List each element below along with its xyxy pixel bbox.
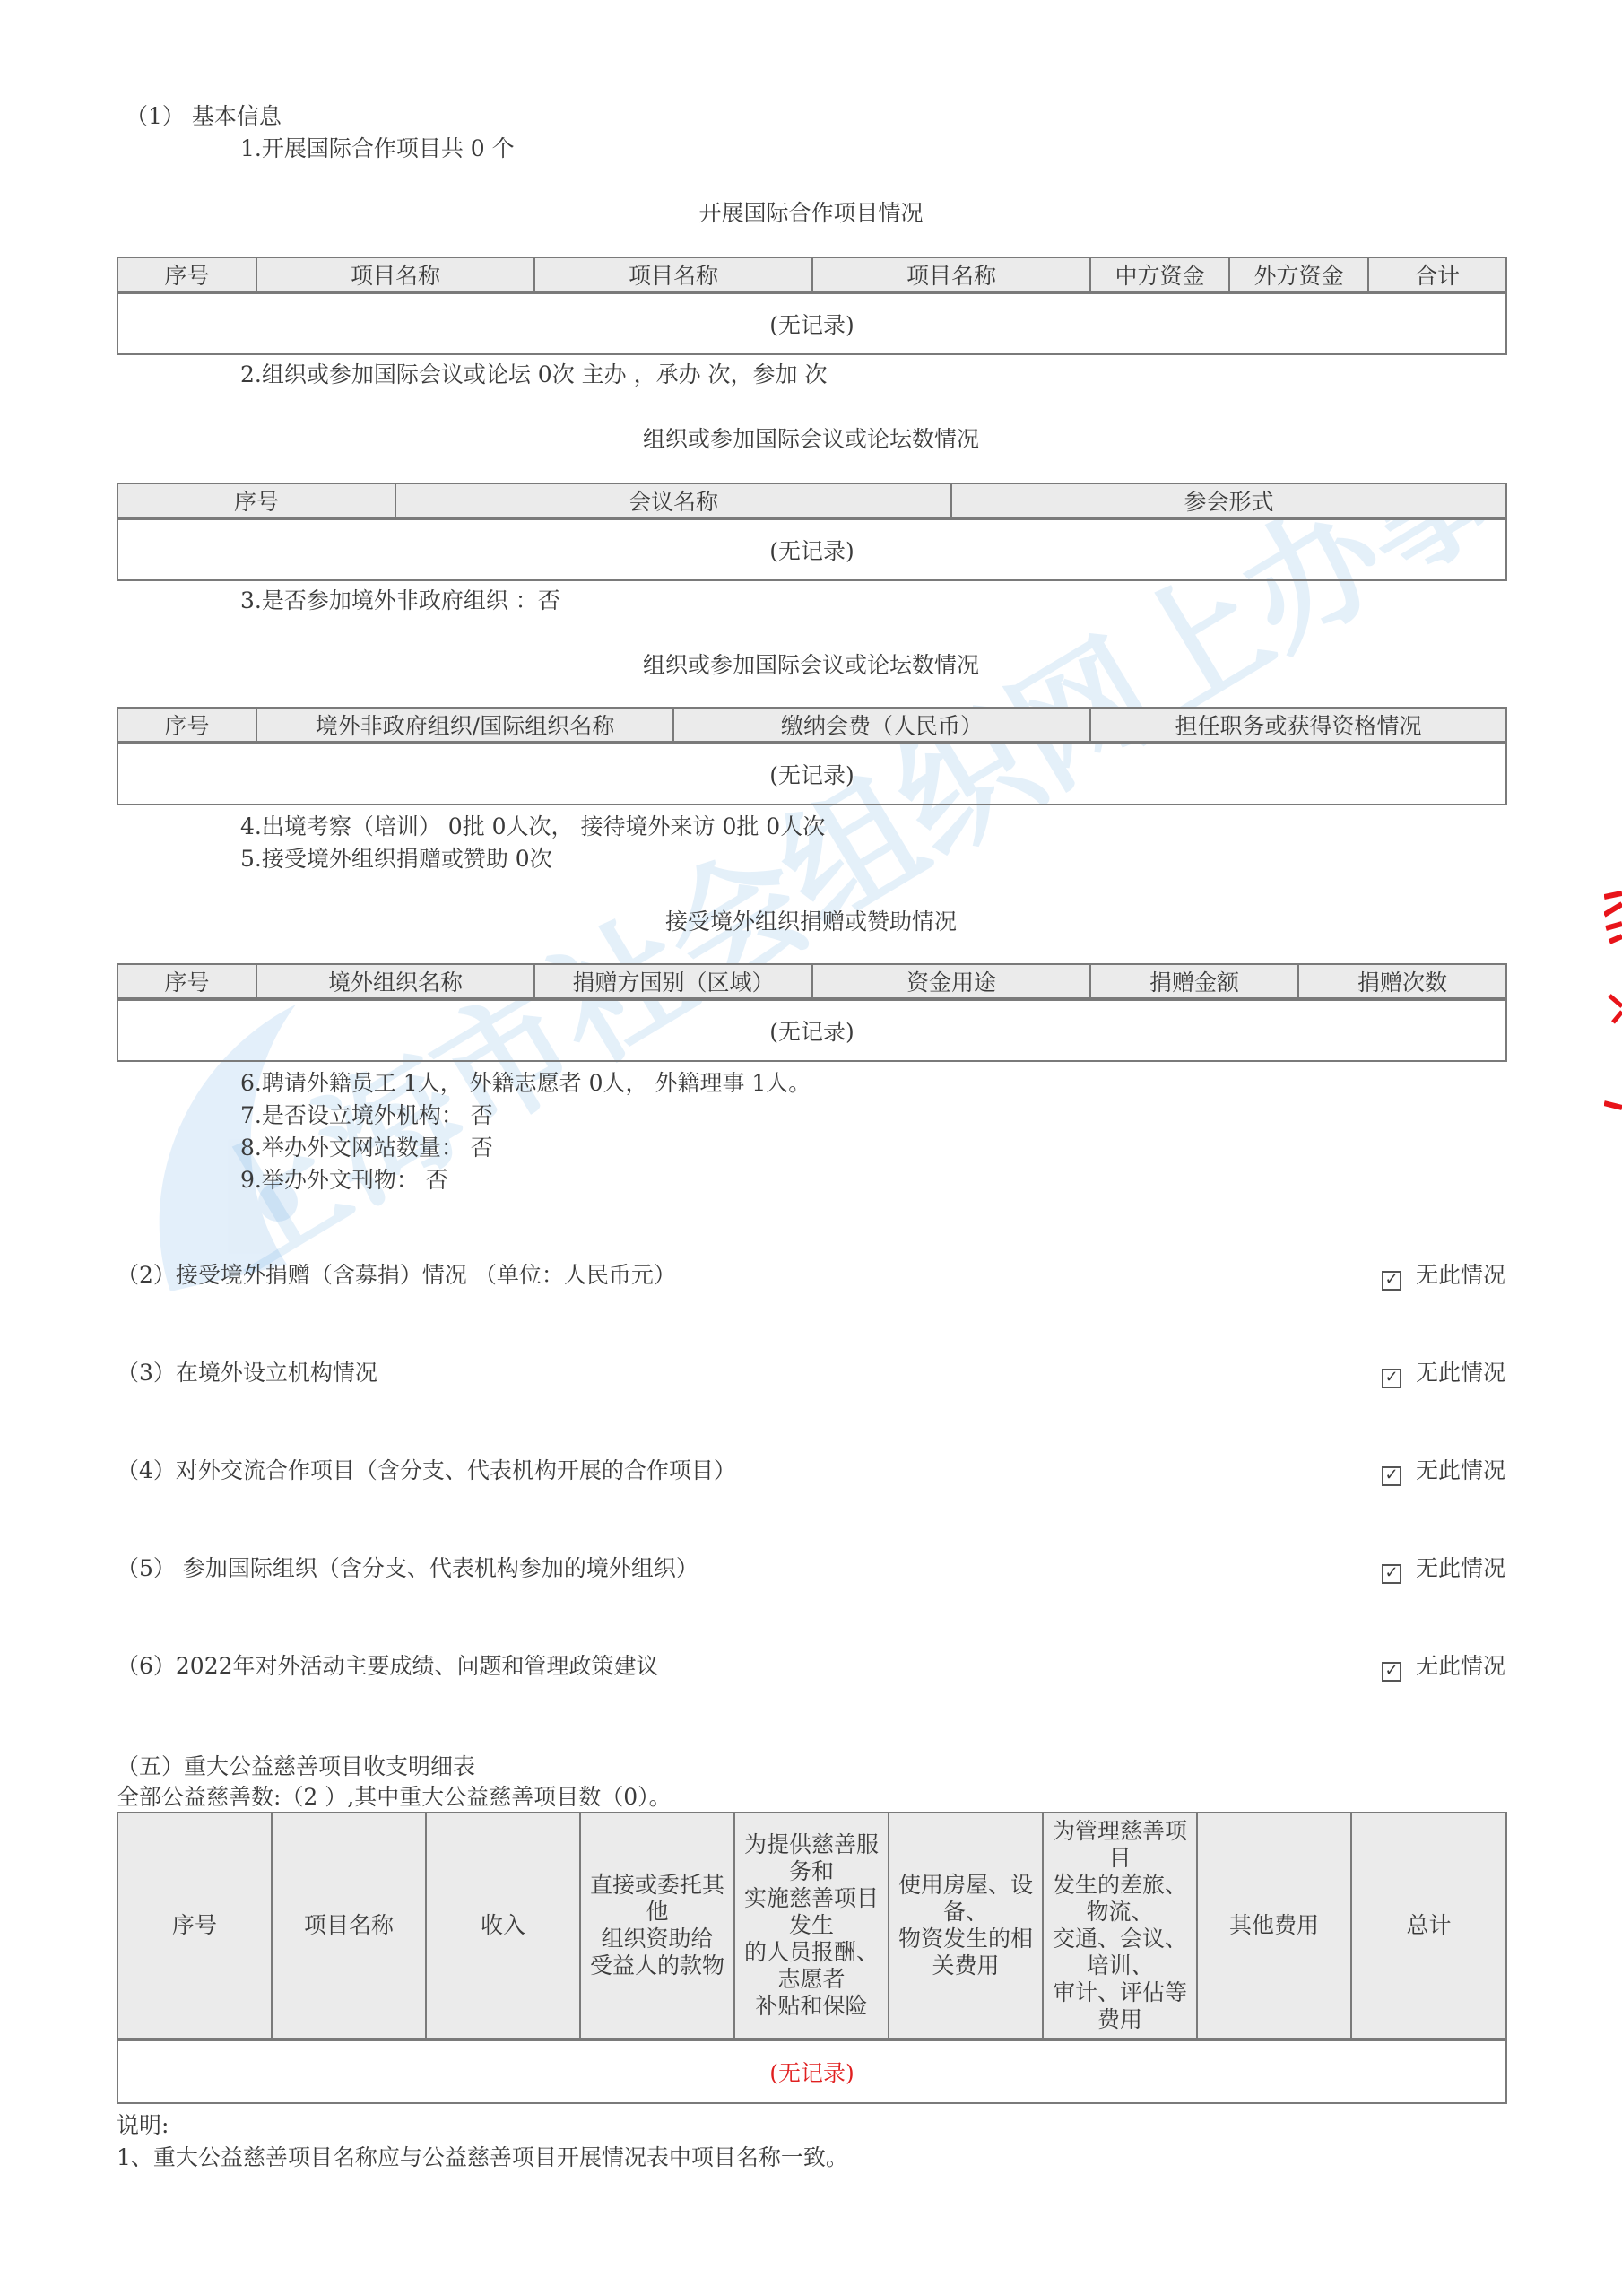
col-header: 项目名称: [272, 1813, 426, 2039]
no-such-case[interactable]: ✓无此情况: [1382, 1355, 1505, 1388]
empty-row: (无记录): [117, 518, 1506, 580]
item-8-foreign-website: 8.举办外文网站数量： 否: [240, 1130, 493, 1162]
col-header: 序号: [117, 964, 256, 999]
col-header: 项目名称: [534, 257, 812, 292]
section5-heading: （五）重大公益慈善项目收支明细表: [117, 1749, 475, 1781]
item-6-foreign-staff: 6.聘请外籍员工 1人， 外籍志愿者 0人， 外籍理事 1人。: [240, 1065, 811, 1098]
donations-table: 序号 境外组织名称 捐赠方国别（区域） 资金用途 捐赠金额 捐赠次数 (无记录): [117, 963, 1507, 1062]
col-header: 项目名称: [256, 257, 534, 292]
status-text: 无此情况: [1416, 1360, 1505, 1386]
col-header: 参会形式: [951, 483, 1506, 518]
no-such-case[interactable]: ✓无此情况: [1382, 1648, 1505, 1682]
status-text: 无此情况: [1416, 1653, 1505, 1679]
status-text: 无此情况: [1416, 1457, 1505, 1483]
col-header: 序号: [117, 257, 256, 292]
section-label: （3）在境外设立机构情况: [117, 1355, 377, 1387]
empty-row: (无记录): [117, 999, 1506, 1061]
note-1: 1、重大公益慈善项目名称应与公益慈善项目开展情况表中项目名称一致。: [117, 2140, 848, 2172]
intl-projects-table: 序号 项目名称 项目名称 项目名称 中方资金 外方资金 合计 (无记录): [117, 257, 1507, 355]
col-header: 项目名称: [812, 257, 1090, 292]
status-text: 无此情况: [1416, 1555, 1505, 1581]
major-charity-table: 序号 项目名称 收入 直接或委托其他 组织资助给 受益人的款物 为提供慈善服务和…: [117, 1812, 1507, 2104]
table1-title: 开展国际合作项目情况: [0, 196, 1622, 228]
col-header: 捐赠方国别（区域）: [534, 964, 812, 999]
item-5-donations: 5.接受境外组织捐赠或赞助 0次: [240, 841, 552, 874]
conferences-table: 序号 会议名称 参会形式 (无记录): [117, 483, 1507, 581]
section-label: （4）对外交流合作项目（含分支、代表机构开展的合作项目）: [117, 1453, 736, 1485]
no-such-case[interactable]: ✓无此情况: [1382, 1453, 1505, 1486]
col-header: 境外非政府组织/国际组织名称: [256, 708, 673, 743]
col-header: 序号: [117, 483, 395, 518]
empty-row: (无记录): [117, 292, 1506, 354]
empty-row: (无记录): [117, 743, 1506, 804]
checkbox-checked-icon[interactable]: ✓: [1382, 1662, 1401, 1682]
item-9-foreign-publication: 9.举办外文刊物： 否: [240, 1162, 448, 1195]
checkbox-checked-icon[interactable]: ✓: [1382, 1369, 1401, 1388]
table3-title: 组织或参加国际会议或论坛数情况: [0, 648, 1622, 680]
col-header: 序号: [117, 1813, 272, 2039]
col-header: 序号: [117, 708, 256, 743]
checkbox-checked-icon[interactable]: ✓: [1382, 1564, 1401, 1584]
col-header: 捐赠金额: [1090, 964, 1298, 999]
table4-title: 接受境外组织捐赠或赞助情况: [0, 904, 1622, 936]
item-2-conferences: 2.组织或参加国际会议或论坛 0次 主办 ，承办 次，参加 次: [240, 357, 828, 389]
col-header: 总计: [1351, 1813, 1506, 2039]
col-header: 其他费用: [1197, 1813, 1351, 2039]
section-label: （6）2022年对外活动主要成绩、问题和管理政策建议: [117, 1648, 659, 1681]
section-label: （5） 参加国际组织（含分支、代表机构参加的境外组织）: [117, 1551, 698, 1583]
col-header: 境外组织名称: [256, 964, 534, 999]
col-header: 合计: [1368, 257, 1506, 292]
section-heading-basic-info: （1） 基本信息: [126, 99, 282, 131]
checkbox-checked-icon[interactable]: ✓: [1382, 1271, 1401, 1291]
note-label: 说明:: [117, 2108, 169, 2140]
item-1-intl-projects: 1.开展国际合作项目共 0 个: [240, 131, 515, 163]
empty-row: (无记录): [117, 2039, 1506, 2103]
col-header: 使用房屋、设备、 物资发生的相关费用: [889, 1813, 1043, 2039]
col-header: 捐赠次数: [1298, 964, 1506, 999]
col-header: 资金用途: [812, 964, 1090, 999]
item-7-overseas-branch: 7.是否设立境外机构： 否: [240, 1098, 493, 1130]
col-header: 为提供慈善服务和 实施慈善项目发生 的人员报酬、志愿者 补贴和保险: [734, 1813, 889, 2039]
col-header: 为管理慈善项目 发生的差旅、物流、 交通、会议、培训、 审计、评估等费用: [1043, 1813, 1197, 2039]
section-label: （2）接受境外捐赠（含募捐）情况 （单位：人民币元）: [117, 1257, 676, 1290]
item-4-visits: 4.出境考察（培训） 0批 0人次， 接待境外来访 0批 0人次: [240, 809, 825, 841]
section5-summary: 全部公益慈善数:（2 ）,其中重大公益慈善项目数（0）。: [117, 1779, 672, 1812]
no-such-case[interactable]: ✓无此情况: [1382, 1551, 1505, 1584]
col-header: 直接或委托其他 组织资助给 受益人的款物: [580, 1813, 734, 2039]
col-header: 收入: [426, 1813, 580, 2039]
item-3-ngo: 3.是否参加境外非政府组织 ：否: [240, 583, 560, 615]
col-header: 担任职务或获得资格情况: [1090, 708, 1506, 743]
col-header: 中方资金: [1090, 257, 1229, 292]
col-header: 缴纳会费（人民币）: [673, 708, 1090, 743]
checkbox-checked-icon[interactable]: ✓: [1382, 1466, 1401, 1486]
table2-title: 组织或参加国际会议或论坛数情况: [0, 422, 1622, 454]
col-header: 会议名称: [395, 483, 951, 518]
no-such-case[interactable]: ✓无此情况: [1382, 1257, 1505, 1291]
status-text: 无此情况: [1416, 1262, 1505, 1288]
ngo-table: 序号 境外非政府组织/国际组织名称 缴纳会费（人民币） 担任职务或获得资格情况 …: [117, 707, 1507, 805]
col-header: 外方资金: [1229, 257, 1368, 292]
